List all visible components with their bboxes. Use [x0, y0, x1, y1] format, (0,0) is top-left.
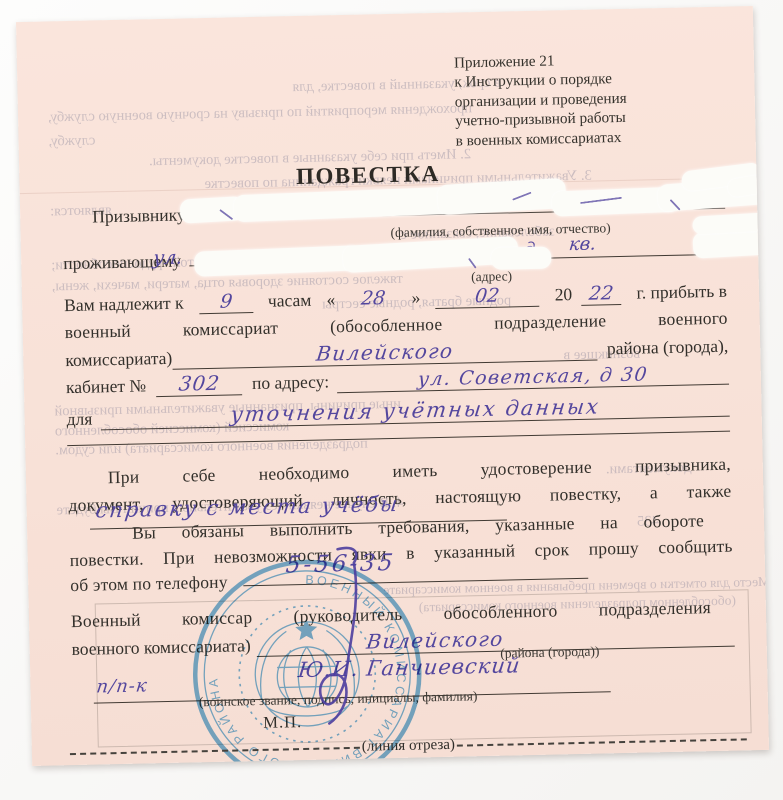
commissariat-label: комиссариата)	[65, 348, 172, 371]
handwritten-commissariat-district: Вилейского	[315, 341, 455, 364]
at-address-label: по адресу:	[252, 371, 329, 394]
bleed-through-line: прохождения мероприятий по призыву на ср…	[48, 100, 472, 126]
quote-open: «	[326, 289, 335, 310]
appear-text: часам	[268, 290, 312, 312]
cut-line-dashes	[457, 738, 747, 746]
bleed-through-line: службу,	[48, 132, 95, 150]
handwritten-purpose: уточнения учётных данных	[229, 396, 601, 425]
handwritten-hour: 9	[219, 292, 233, 311]
handwritten-year: 22	[588, 284, 614, 304]
annex-note: Приложение 21 к Инструкции о порядке орг…	[454, 48, 706, 150]
handwritten-cabinet-number: 302	[177, 373, 221, 394]
cut-line-dashes	[70, 746, 360, 754]
conscript-label: Призывнику	[92, 204, 186, 227]
whiteout-blob	[491, 247, 551, 270]
handwritten-street-address: ул. Советская, д 30	[417, 365, 649, 389]
day-field: 28	[350, 288, 396, 310]
cabinet-number-field: 302	[156, 372, 242, 397]
purpose-row: для уточнения учётных данных	[66, 394, 729, 431]
purpose-field: уточнения учётных данных	[100, 394, 730, 431]
handwritten-street-prefix: ул.	[152, 249, 183, 269]
month-field: 02	[435, 285, 539, 309]
scanned-summons-document: { "title": "ПОВЕСТКА", "annex": { "lines…	[0, 0, 783, 800]
year-field: 22	[581, 283, 621, 306]
year-prefix: 20	[554, 284, 572, 305]
scanner-background: в срок, указанный в повестке, для прохож…	[0, 0, 783, 800]
handwritten-apt-prefix: кв.	[568, 236, 597, 255]
purpose-label: для	[66, 409, 92, 431]
handwritten-rank: п/п-к	[95, 677, 148, 696]
appear-text: Вам надлежит к	[64, 293, 184, 317]
cabinet-label: кабинет №	[66, 375, 147, 398]
summons-paper: в срок, указанный в повестке, для прохож…	[16, 6, 769, 766]
handwritten-month: 02	[474, 287, 500, 307]
handwritten-day: 28	[360, 289, 386, 309]
street-address-field: ул. Советская, д 30	[337, 363, 729, 394]
cut-line-label: (линия отреза)	[362, 737, 456, 756]
hour-field: 9	[199, 291, 253, 314]
handwritten-signature	[267, 534, 401, 737]
appear-text: г. прибыть в	[636, 281, 727, 304]
district-city-label: района (города),	[607, 336, 729, 360]
quote-close: »	[411, 287, 420, 308]
